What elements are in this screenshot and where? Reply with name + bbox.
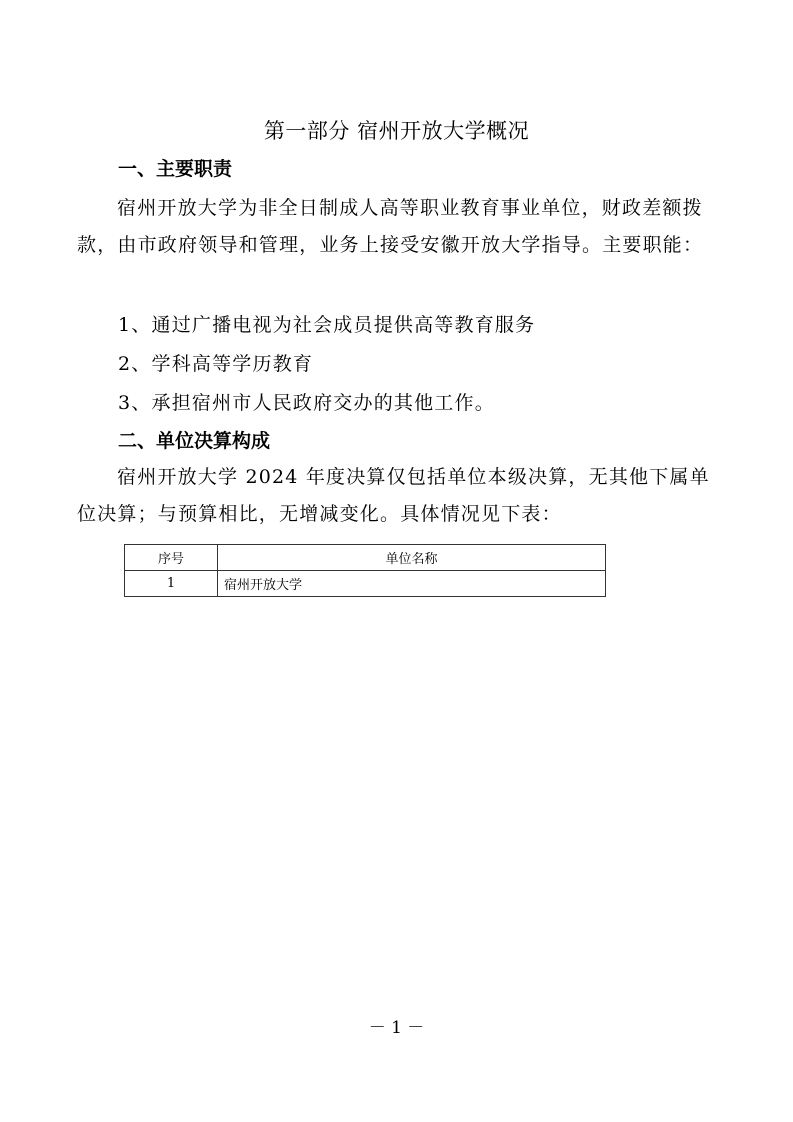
table-header-seq: 序号 (125, 545, 218, 571)
page-title: 第一部分 宿州开放大学概况 (0, 116, 793, 146)
unit-table: 序号 单位名称 1 宿州开放大学 (124, 544, 606, 597)
table-header-row: 序号 单位名称 (125, 545, 606, 571)
table-cell-unit-name: 宿州开放大学 (218, 571, 606, 597)
unit-composition-paragraph: 宿州开放大学 2024 年度决算仅包括单位本级决算，无其他下属单位决算；与预算相… (77, 459, 717, 533)
duty-item-2: 2、学科高等学历教育 (118, 350, 313, 378)
duty-item-1: 1、通过广播电视为社会成员提供高等教育服务 (118, 311, 535, 339)
table-cell-seq: 1 (125, 571, 218, 597)
table-header-unit-name: 单位名称 (218, 545, 606, 571)
table-row: 1 宿州开放大学 (125, 571, 606, 597)
section-heading-main-duties: 一、主要职责 (118, 155, 232, 183)
section-heading-unit-composition: 二、单位决算构成 (118, 427, 270, 455)
page-number: － 1 － (0, 1016, 793, 1040)
duty-item-3: 3、承担宿州市人民政府交办的其他工作。 (118, 389, 495, 417)
main-duties-paragraph: 宿州开放大学为非全日制成人高等职业教育事业单位，财政差额拨款，由市政府领导和管理… (77, 190, 717, 264)
